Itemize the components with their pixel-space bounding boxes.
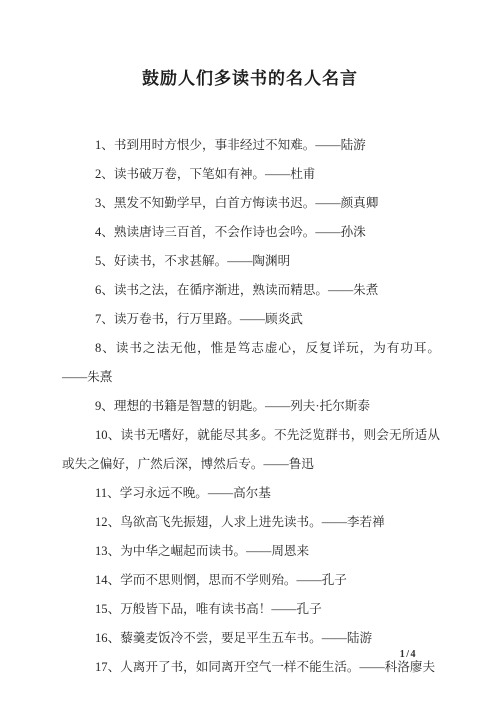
quote-item: 9、理想的书籍是智慧的钥匙。——列夫·托尔斯泰 [62,392,440,421]
quote-item: 13、为中华之崛起而读书。——周恩来 [62,537,440,566]
quote-item: 17、人离开了书，如同离开空气一样不能生活。——科洛廖夫 [62,653,440,682]
quote-item: 16、藜羹麦饭冷不尝，要足平生五车书。——陆游 [62,624,440,653]
quote-list: 1、书到用时方恨少，事非经过不知难。——陆游 2、读书破万卷，下笔如有神。——杜… [0,131,500,682]
quote-item: 3、黑发不知勤学早，白首方悔读书迟。——颜真卿 [62,189,440,218]
document-title: 鼓励人们多读书的名人名言 [0,0,500,90]
document-page: 鼓励人们多读书的名人名言 1、书到用时方恨少，事非经过不知难。——陆游 2、读书… [0,0,500,707]
quote-item: 15、万般皆下品，唯有读书高！——孔子 [62,595,440,624]
quote-item: 8、读书之法无他，惟是笃志虚心，反复详玩，为有功耳。——朱熹 [62,334,440,392]
quote-item: 10、读书无嗜好，就能尽其多。不先泛览群书，则会无所适从或失之偏好，广然后深，博… [62,421,440,479]
quote-item: 1、书到用时方恨少，事非经过不知难。——陆游 [62,131,440,160]
quote-item: 6、读书之法，在循序渐进，熟读而精思。——朱煮 [62,276,440,305]
quote-item: 4、熟读唐诗三百首，不会作诗也会吟。——孙洙 [62,218,440,247]
quote-item: 7、读万卷书，行万里路。——顾炎武 [62,305,440,334]
quote-item: 12、鸟欲高飞先振翅，人求上进先读书。——李若禅 [62,508,440,537]
quote-item: 11、学习永远不晚。——高尔基 [62,479,440,508]
quote-item: 2、读书破万卷，下笔如有神。——杜甫 [62,160,440,189]
quote-item: 14、学而不思则惘，思而不学则殆。——孔子 [62,566,440,595]
page-number-indicator: 1/4 [400,649,417,660]
quote-item: 5、好读书，不求甚解。——陶渊明 [62,247,440,276]
